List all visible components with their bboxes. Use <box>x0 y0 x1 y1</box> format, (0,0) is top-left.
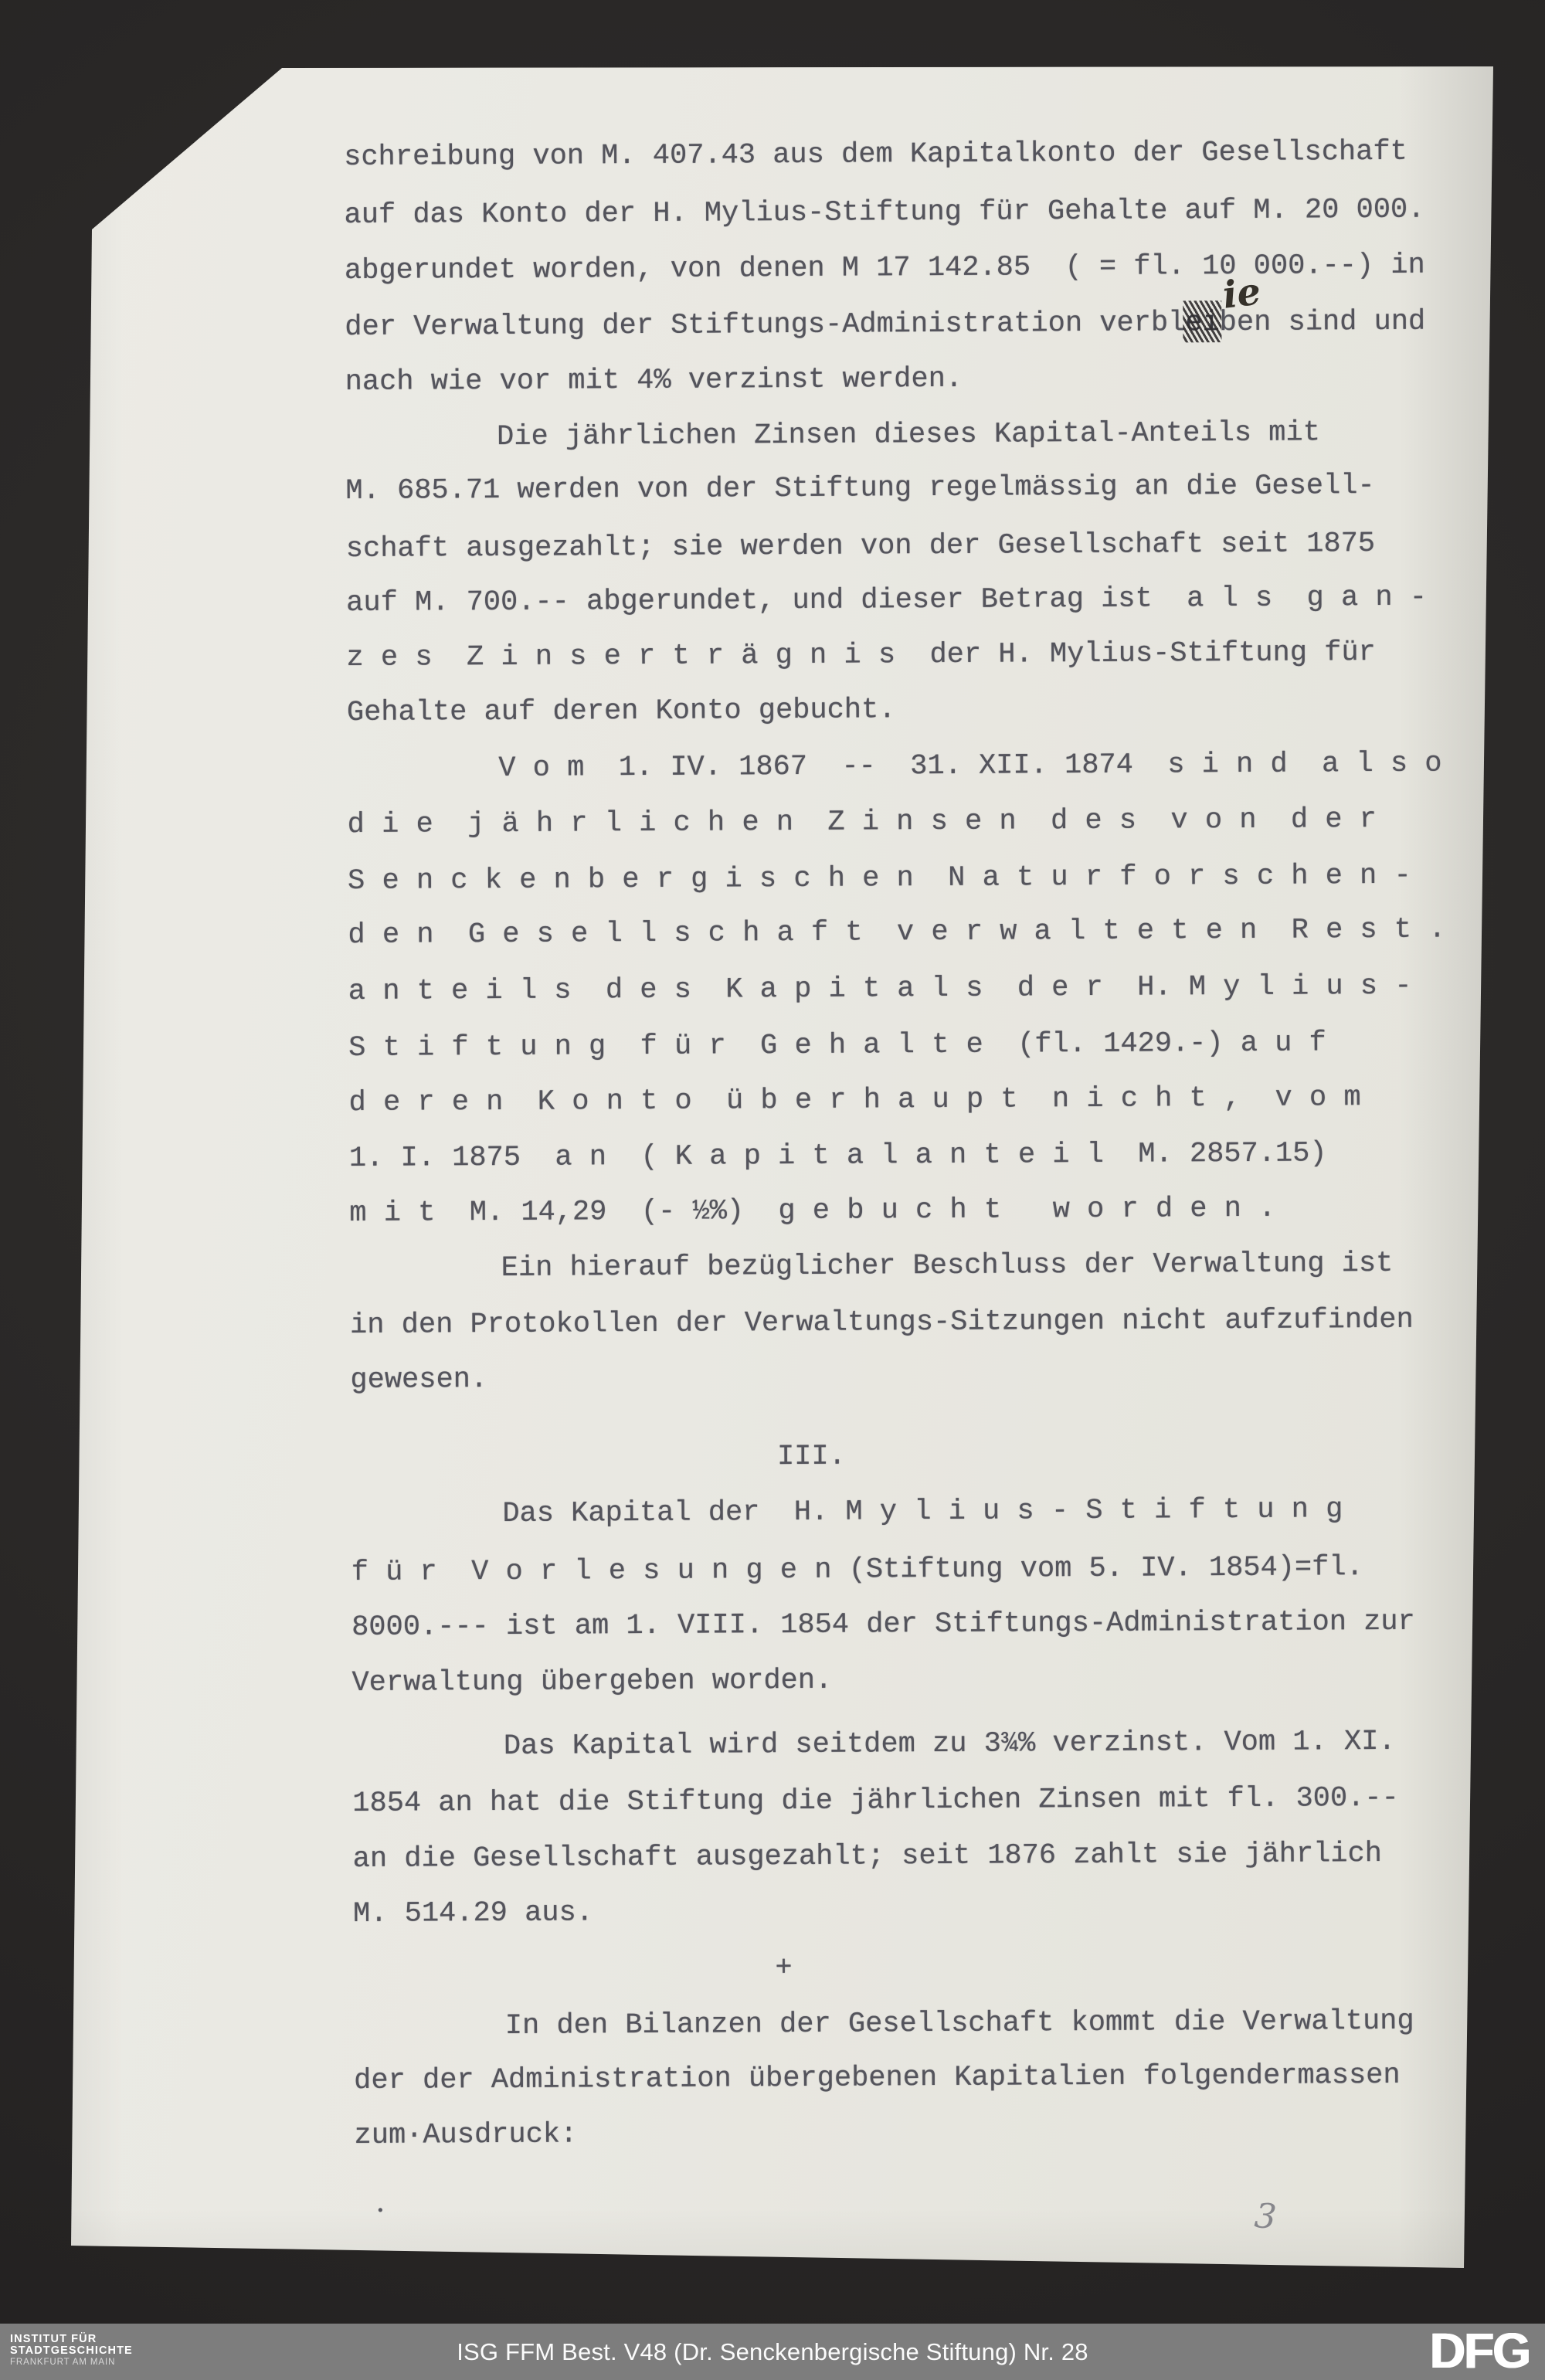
stray-mark: . <box>375 2186 385 2217</box>
dfg-logo: DFG <box>1430 2322 1530 2378</box>
document-line: d e n G e s e l l s c h a f t v e r w a … <box>348 916 1445 950</box>
document-line: nach wie vor mit 4% verzinst werden. <box>345 365 963 397</box>
document-line: abgerundet worden, von denen M 17 142.85… <box>345 252 1425 286</box>
handwritten-page-number: 3 <box>1253 2199 1278 2235</box>
document-line: der Verwaltung der Stiftungs-Administrat… <box>345 308 1425 342</box>
line-text: der Verwaltung der Stiftungs-Administrat… <box>345 307 1185 344</box>
typewritten-text-layer: schreibung von M. 407.43 aus dem Kapital… <box>0 0 1545 2380</box>
document-line: Das Kapital der H. M y l i u s - S t i f… <box>502 1496 1343 1529</box>
document-line: M. 685.71 werden von der Stiftung regelm… <box>345 472 1374 506</box>
document-line: + <box>775 1954 792 1983</box>
overstruck-text: ei <box>1185 307 1220 339</box>
handwritten-correction: ie <box>1221 273 1262 314</box>
document-line: M. 514.29 aus. <box>353 1899 593 1929</box>
document-line: an die Gesellschaft ausgezahlt; seit 187… <box>353 1840 1382 1874</box>
document-line: V o m 1. IV. 1867 -- 31. XII. 1874 s i n… <box>498 750 1441 783</box>
document-line: Die jährlichen Zinsen dieses Kapital-Ant… <box>497 419 1320 452</box>
document-line: m i t M. 14,29 (- ½%) g e b u c h t w o … <box>349 1195 1275 1228</box>
document-line: III. <box>777 1443 846 1472</box>
scan-viewport: schreibung von M. 407.43 aus dem Kapital… <box>0 0 1545 2380</box>
document-line: z e s Z i n s e r t r ä g n i s der H. M… <box>347 639 1376 673</box>
document-line: 8000.--- ist am 1. VIII. 1854 der Stiftu… <box>351 1608 1415 1642</box>
document-line: auf das Konto der H. Mylius-Stiftung für… <box>345 196 1425 230</box>
document-line: 1. I. 1875 a n ( K a p i t a l a n t e i… <box>349 1139 1327 1173</box>
document-line: auf M. 700.-- abgerundet, und dieser Bet… <box>346 584 1427 618</box>
archive-reference-caption: ISG FFM Best. V48 (Dr. Senckenbergische … <box>0 2324 1545 2380</box>
document-line: schreibung von M. 407.43 aus dem Kapital… <box>344 138 1407 172</box>
document-line: in den Protokollen der Verwaltungs-Sitzu… <box>350 1306 1414 1340</box>
document-line: Verwaltung übergeben worden. <box>351 1667 832 1698</box>
document-line: 1854 an hat die Stiftung die jährlichen … <box>352 1784 1399 1818</box>
document-line: d e r e n K o n t o ü b e r h a u p t n … <box>349 1084 1361 1118</box>
document-line: a n t e i l s d e s K a p i t a l s d e … <box>348 973 1412 1007</box>
document-line: In den Bilanzen der Gesellschaft kommt d… <box>505 2008 1414 2041</box>
document-line: Gehalte auf deren Konto gebucht. <box>347 696 896 728</box>
document-line: Ein hierauf bezüglicher Beschluss der Ve… <box>501 1250 1394 1283</box>
document-line: d i e j ä h r l i c h e n Z i n s e n d … <box>348 806 1377 840</box>
document-line: gewesen. <box>350 1366 487 1395</box>
document-line: Das Kapital wird seitdem zu 3¾% verzinst… <box>504 1728 1396 1761</box>
document-line: zum·Ausdruck: <box>355 2120 578 2151</box>
footer-bar: INSTITUT FÜR STADTGESCHICHTE FRANKFURT A… <box>0 2324 1545 2380</box>
document-line: der der Administration übergebenen Kapit… <box>354 2062 1401 2096</box>
document-line: S t i f t u n g f ü r G e h a l t e (fl.… <box>348 1029 1326 1063</box>
document-line: f ü r V o r l e s u n g e n (Stiftung vo… <box>351 1553 1363 1587</box>
document-line: S e n c k e n b e r g i s c h e n N a t … <box>348 862 1411 896</box>
document-line: schaft ausgezahlt; sie werden von der Ge… <box>346 530 1375 564</box>
